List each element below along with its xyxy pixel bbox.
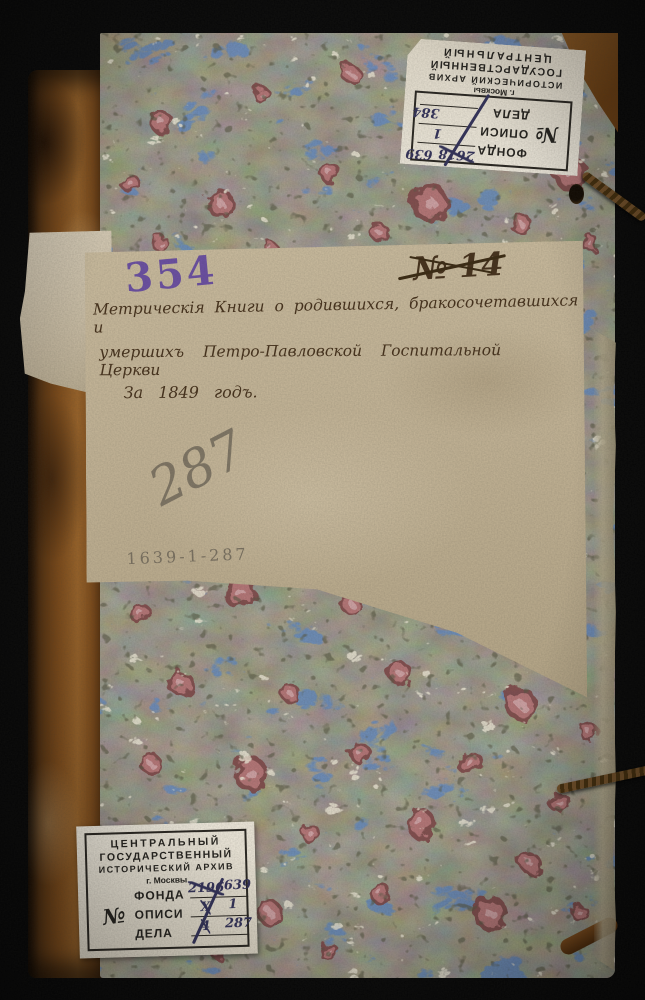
old-case-number: № 14	[412, 245, 504, 288]
stamp-row-label: ОПИСИ	[134, 907, 183, 922]
worn-fore-edge	[594, 330, 616, 970]
stamp-row-label: ДЕЛА	[135, 926, 173, 941]
archive-stamp-bottom: ЦЕНТРАЛЬНЫЙ ГОСУДАРСТВЕННЫЙ ИСТОРИЧЕСКИЙ…	[76, 822, 258, 959]
title-line-3: За 1849 годъ.	[124, 382, 258, 402]
photo-background: 354 № 14 Метрическія Книги о родившихся,…	[0, 0, 645, 1000]
cord-hole	[569, 184, 584, 204]
numero-sign: №	[101, 902, 127, 930]
stamp-value-new: 639	[405, 145, 433, 162]
numero-sign: №	[535, 122, 559, 148]
title-line-2: умершихъ Петро-Павловской Госпитальной Ц…	[99, 341, 579, 380]
stamp-value-new: 1	[433, 125, 443, 141]
stamp-row-label: ДЕЛА	[491, 106, 530, 123]
pencil-number: 287	[140, 419, 256, 518]
stamp-value-new: 639	[224, 878, 252, 894]
archive-stamp-top: № ФОНДА 2618 639 ОПИСИ 1 ДЕЛА 384 г. Мос…	[400, 38, 586, 176]
fond-number-ink: 354	[123, 247, 219, 302]
stamp-value-new: 287	[225, 916, 253, 932]
pencil-call-number: 1639-1-287	[126, 544, 249, 568]
stamp-row-label: ФОНДА	[134, 888, 185, 903]
stamp-value-new: 1	[228, 897, 237, 912]
stamp-value-new: 384	[412, 103, 440, 120]
